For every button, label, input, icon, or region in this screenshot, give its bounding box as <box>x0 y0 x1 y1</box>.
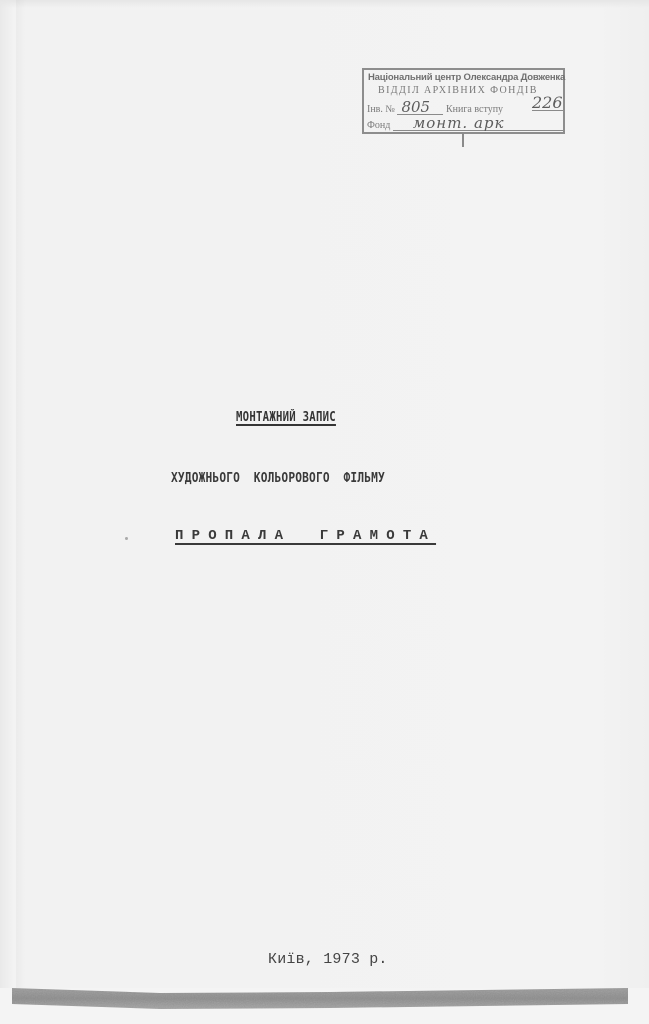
stamp-department: ВІДДІЛ АРХІВНИХ ФОНДІВ <box>378 85 538 96</box>
document-subheading: ХУДОЖНЬОГО КОЛЬОРОВОГО ФІЛЬМУ <box>171 471 385 486</box>
archive-stamp: Національний центр Олександра Довженка В… <box>362 68 565 134</box>
place-and-date: Київ, 1973 р. <box>268 951 388 968</box>
stamp-inventory-value: 805 <box>397 100 443 115</box>
document-heading: МОНТАЖНИЙ ЗАПИС <box>236 410 336 425</box>
paper-speck <box>125 537 128 540</box>
page-top-edge <box>0 0 649 8</box>
stamp-fond-label: Фонд <box>367 120 390 131</box>
film-title: ПРОПАЛА ГРАМОТА <box>175 528 436 544</box>
stamp-fond-value: монт. арк <box>393 116 563 131</box>
stamp-book-value: 226 <box>532 96 563 111</box>
stamp-inventory-row: Інв. № 805 Книга вступу 226 <box>367 100 503 115</box>
page-left-fold <box>16 0 26 990</box>
stamp-fond-row: Фонд монт. арк <box>367 116 563 131</box>
stamp-inventory-label: Інв. № <box>367 104 395 115</box>
binding-shadow <box>0 988 649 1024</box>
document-page: Національний центр Олександра Довженка В… <box>0 0 649 1024</box>
binding-shadow-shape <box>0 988 649 1024</box>
stamp-tick-mark <box>462 133 464 147</box>
stamp-institution: Національний центр Олександра Довженка <box>368 72 565 83</box>
